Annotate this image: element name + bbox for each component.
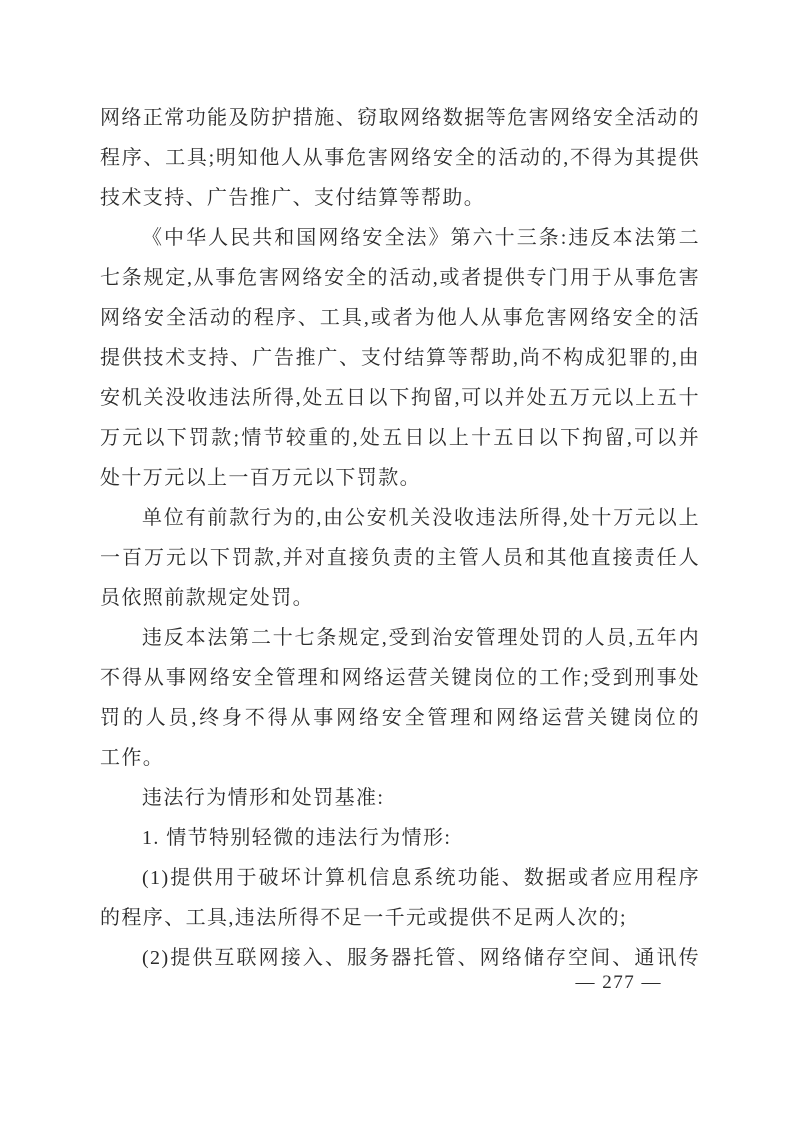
text-line: 工作。	[100, 738, 700, 778]
text-line: 一百万元以下罚款,并对直接负责的主管人员和其他直接责任人	[100, 538, 700, 578]
text-line: 违法行为情形和处罚基准:	[100, 778, 700, 818]
text-line: 处十万元以上一百万元以下罚款。	[100, 458, 700, 498]
text-line: 员依照前款规定处罚。	[100, 578, 700, 618]
text-line: 安机关没收违法所得,处五日以下拘留,可以并处五万元以上五十	[100, 378, 700, 418]
text-line: 万元以下罚款;情节较重的,处五日以上十五日以下拘留,可以并	[100, 418, 700, 458]
text-line: 不得从事网络安全管理和网络运营关键岗位的工作;受到刑事处	[100, 658, 700, 698]
text-line: 程序、工具;明知他人从事危害网络安全的活动的,不得为其提供	[100, 138, 700, 178]
text-line: 1. 情节特别轻微的违法行为情形:	[100, 818, 700, 858]
text-line: 的程序、工具,违法所得不足一千元或提供不足两人次的;	[100, 898, 700, 938]
document-page: 网络正常功能及防护措施、窃取网络数据等危害网络安全活动的程序、工具;明知他人从事…	[0, 0, 793, 1122]
text-line: 网络正常功能及防护措施、窃取网络数据等危害网络安全活动的	[100, 98, 700, 138]
text-line: 《中华人民共和国网络安全法》第六十三条:违反本法第二十	[100, 218, 700, 258]
document-body: 网络正常功能及防护措施、窃取网络数据等危害网络安全活动的程序、工具;明知他人从事…	[100, 98, 700, 978]
text-line: 提供技术支持、广告推广、支付结算等帮助,尚不构成犯罪的,由公	[100, 338, 700, 378]
text-line: 技术支持、广告推广、支付结算等帮助。	[100, 178, 700, 218]
text-line: 违反本法第二十七条规定,受到治安管理处罚的人员,五年内	[100, 618, 700, 658]
text-line: 网络安全活动的程序、工具,或者为他人从事危害网络安全的活动	[100, 298, 700, 338]
text-line: 罚的人员,终身不得从事网络安全管理和网络运营关键岗位的	[100, 698, 700, 738]
page-number: — 277 —	[576, 971, 663, 995]
text-line: 单位有前款行为的,由公安机关没收违法所得,处十万元以上	[100, 498, 700, 538]
text-line: 七条规定,从事危害网络安全的活动,或者提供专门用于从事危害	[100, 258, 700, 298]
text-line: (1)提供用于破坏计算机信息系统功能、数据或者应用程序	[100, 858, 700, 898]
